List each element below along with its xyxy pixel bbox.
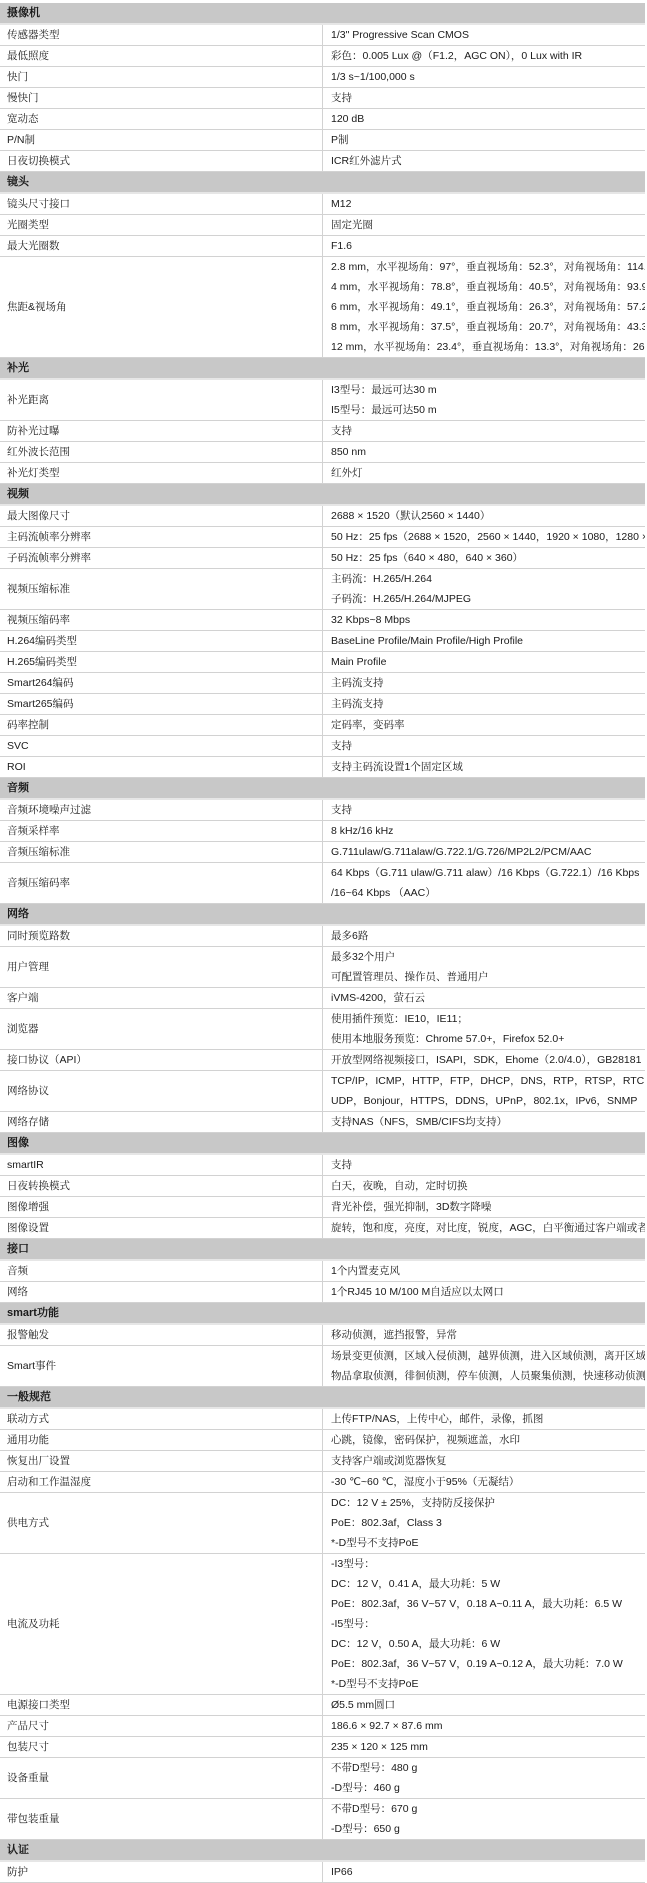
spec-value: 红外灯 [323,463,646,484]
spec-row: H.264编码类型BaseLine Profile/Main Profile/H… [0,631,645,652]
spec-value: 支持 [323,799,646,821]
spec-value-line: 上传FTP/NAS，上传中心，邮件，录像，抓图 [331,1409,645,1429]
spec-value-line: 1/3" Progressive Scan CMOS [331,25,645,45]
spec-row: 包装尺寸235 × 120 × 125 mm [0,1737,645,1758]
spec-row: 网络1个RJ45 10 M/100 M自适应以太网口 [0,1282,645,1303]
spec-value-line: /16~64 Kbps （AAC） [331,883,645,903]
spec-value-line: 开放型网络视频接口，ISAPI，SDK，Ehome（2.0/4.0），GB281… [331,1050,645,1070]
spec-value: 支持主码流设置1个固定区域 [323,757,646,778]
spec-row: 日夜转换模式白天，夜晚，自动，定时切换 [0,1176,645,1197]
spec-value-line: 1个RJ45 10 M/100 M自适应以太网口 [331,1282,645,1302]
spec-value-line: Ø5.5 mm圆口 [331,1695,645,1715]
section-header: 一般规范 [0,1387,645,1409]
section-title: 视频 [0,484,645,506]
spec-value: 2688 × 1520（默认2560 × 1440） [323,505,646,527]
spec-label: 启动和工作温湿度 [0,1472,323,1493]
spec-value-line: 白天，夜晚，自动，定时切换 [331,1176,645,1196]
section-header: 摄像机 [0,3,645,24]
spec-label: 产品尺寸 [0,1716,323,1737]
spec-row: 主码流帧率分辨率50 Hz：25 fps（2688 × 1520，2560 × … [0,527,645,548]
spec-row: 网络协议TCP/IP，ICMP，HTTP，FTP，DHCP，DNS，RTP，RT… [0,1071,645,1112]
spec-row: 图像增强背光补偿，强光抑制，3D数字降噪 [0,1197,645,1218]
spec-value-line: G.711ulaw/G.711alaw/G.722.1/G.726/MP2L2/… [331,842,645,862]
spec-row: 联动方式上传FTP/NAS，上传中心，邮件，录像，抓图 [0,1408,645,1430]
spec-value: 固定光圈 [323,215,646,236]
spec-value-line: 2688 × 1520（默认2560 × 1440） [331,506,645,526]
spec-label: 音频 [0,1260,323,1282]
spec-value: 不带D型号：480 g-D型号：460 g [323,1758,646,1799]
spec-label: SVC [0,736,323,757]
spec-value: 850 nm [323,442,646,463]
spec-value-line: 子码流：H.265/H.264/MJPEG [331,589,645,609]
spec-row: 快门1/3 s~1/100,000 s [0,67,645,88]
spec-row: 最大图像尺寸2688 × 1520（默认2560 × 1440） [0,505,645,527]
section-title: 图像 [0,1133,645,1155]
spec-row: 子码流帧率分辨率50 Hz：25 fps（640 × 480，640 × 360… [0,548,645,569]
spec-value: -30 ℃~60 ℃，湿度小于95%（无凝结） [323,1472,646,1493]
spec-value: DC：12 V ± 25%，支持防反接保护PoE：802.3af，Class 3… [323,1493,646,1554]
spec-value: Main Profile [323,652,646,673]
spec-value-line: 物品拿取侦测，徘徊侦测，停车侦测，人员聚集侦测，快速移动侦测 [331,1366,645,1386]
spec-value-line: 不带D型号：670 g [331,1799,645,1819]
spec-value-line: DC：12 V，0.50 A，最大功耗：6 W [331,1634,645,1654]
section-title: 补光 [0,358,645,380]
spec-value-line: PoE：802.3af，36 V~57 V，0.19 A~0.12 A，最大功耗… [331,1654,645,1674]
spec-row: 电流及功耗-I3型号：DC：12 V，0.41 A，最大功耗：5 WPoE：80… [0,1554,645,1695]
spec-row: 电源接口类型Ø5.5 mm圆口 [0,1695,645,1716]
spec-value-line: DC：12 V ± 25%，支持防反接保护 [331,1493,645,1513]
section-header: 认证 [0,1840,645,1845]
spec-value-line: *-D型号不支持PoE [331,1533,645,1553]
spec-value-line: 186.6 × 92.7 × 87.6 mm [331,1716,645,1736]
section-header: 图像 [0,1133,645,1155]
spec-value-line: Main Profile [331,652,645,672]
spec-label: 最低照度 [0,46,323,67]
spec-value-line: I5型号：最远可达50 m [331,400,645,420]
spec-value-line: 2.8 mm，水平视场角：97°，垂直视场角：52.3°，对角视场角：114.3… [331,257,645,277]
spec-label: 通用功能 [0,1430,323,1451]
spec-value: 64 Kbps（G.711 ulaw/G.711 alaw）/16 Kbps（G… [323,863,646,904]
spec-row: 音频采样率8 kHz/16 kHz [0,821,645,842]
section-header: 音频 [0,778,645,800]
spec-label: 宽动态 [0,109,323,130]
spec-value: 主码流：H.265/H.264子码流：H.265/H.264/MJPEG [323,569,646,610]
spec-value: G.711ulaw/G.711alaw/G.722.1/G.726/MP2L2/… [323,842,646,863]
spec-label: 电流及功耗 [0,1554,323,1695]
spec-value-line: 旋转，饱和度，亮度，对比度，锐度，AGC，白平衡通过客户端或者浏览器可调 [331,1218,645,1238]
spec-row: 红外波长范围850 nm [0,442,645,463]
spec-label: Smart265编码 [0,694,323,715]
spec-value-line: 支持 [331,1155,645,1175]
spec-row: smartIR支持 [0,1154,645,1176]
spec-value-line: -I5型号： [331,1614,645,1634]
spec-row: P/N制P制 [0,130,645,151]
spec-row: 设备重量不带D型号：480 g-D型号：460 g [0,1758,645,1799]
spec-row: 接口协议（API）开放型网络视频接口，ISAPI，SDK，Ehome（2.0/4… [0,1050,645,1071]
section-title: 镜头 [0,172,645,194]
spec-label: 视频压缩码率 [0,610,323,631]
spec-value: 背光补偿，强光抑制，3D数字降噪 [323,1197,646,1218]
spec-row: 最低照度彩色：0.005 Lux @（F1.2，AGC ON），0 Lux wi… [0,46,645,67]
spec-row: 慢快门支持 [0,88,645,109]
spec-value-line: 主码流支持 [331,673,645,693]
spec-row: 补光距离I3型号：最远可达30 mI5型号：最远可达50 m [0,379,645,421]
spec-row: 镜头尺寸接口M12 [0,193,645,215]
spec-table-body: 摄像机传感器类型1/3" Progressive Scan CMOS最低照度彩色… [0,3,645,1844]
spec-row: 客户端iVMS-4200，萤石云 [0,988,645,1009]
spec-value-line: 支持NAS（NFS，SMB/CIFS均支持） [331,1112,645,1132]
spec-label: 音频采样率 [0,821,323,842]
spec-row: 供电方式DC：12 V ± 25%，支持防反接保护PoE：802.3af，Cla… [0,1493,645,1554]
spec-value-line: 移动侦测，遮挡报警，异常 [331,1325,645,1345]
spec-label: 最大光圈数 [0,236,323,257]
spec-row: Smart264编码主码流支持 [0,673,645,694]
spec-label: 慢快门 [0,88,323,109]
spec-value-line: M12 [331,194,645,214]
spec-label: 音频环境噪声过滤 [0,799,323,821]
spec-label: 日夜切换模式 [0,151,323,172]
spec-label: Smart264编码 [0,673,323,694]
spec-label: ROI [0,757,323,778]
spec-value: 彩色：0.005 Lux @（F1.2，AGC ON），0 Lux with I… [323,46,646,67]
spec-label: 主码流帧率分辨率 [0,527,323,548]
spec-label: 浏览器 [0,1009,323,1050]
spec-label: 图像增强 [0,1197,323,1218]
spec-label: 用户管理 [0,947,323,988]
spec-value-line: 1/3 s~1/100,000 s [331,67,645,87]
spec-value: 开放型网络视频接口，ISAPI，SDK，Ehome（2.0/4.0），GB281… [323,1050,646,1071]
spec-value: 1/3" Progressive Scan CMOS [323,24,646,46]
spec-row: 音频压缩码率64 Kbps（G.711 ulaw/G.711 alaw）/16 … [0,863,645,904]
spec-value-line: 支持客户端或浏览器恢复 [331,1451,645,1471]
spec-value: iVMS-4200，萤石云 [323,988,646,1009]
spec-label: Smart事件 [0,1346,323,1387]
spec-value-line: BaseLine Profile/Main Profile/High Profi… [331,631,645,651]
spec-row: 音频压缩标准G.711ulaw/G.711alaw/G.722.1/G.726/… [0,842,645,863]
spec-value-line: 64 Kbps（G.711 ulaw/G.711 alaw）/16 Kbps（G… [331,863,645,883]
spec-label: P/N制 [0,130,323,151]
spec-value: 50 Hz：25 fps（640 × 480，640 × 360） [323,548,646,569]
section-title: 音频 [0,778,645,800]
section-title: 接口 [0,1239,645,1261]
spec-value: 支持NAS（NFS，SMB/CIFS均支持） [323,1112,646,1133]
spec-label: 光圈类型 [0,215,323,236]
spec-value-line: 主码流支持 [331,694,645,714]
spec-label: 视频压缩标准 [0,569,323,610]
spec-value: TCP/IP，ICMP，HTTP，FTP，DHCP，DNS，RTP，RTSP，R… [323,1071,646,1112]
spec-row: 通用功能心跳，镜像，密码保护，视频遮盖，水印 [0,1430,645,1451]
spec-label: 焦距&视场角 [0,257,323,358]
spec-value-line: 场景变更侦测，区域入侵侦测，越界侦测，进入区域侦测，离开区域侦测，物品遗留侦测， [331,1346,645,1366]
spec-value: 心跳，镜像，密码保护，视频遮盖，水印 [323,1430,646,1451]
spec-label: 子码流帧率分辨率 [0,548,323,569]
spec-label: 包装尺寸 [0,1737,323,1758]
spec-value-line: -I3型号： [331,1554,645,1574]
spec-row: 恢复出厂设置支持客户端或浏览器恢复 [0,1451,645,1472]
spec-value-line: 主码流：H.265/H.264 [331,569,645,589]
spec-value: 场景变更侦测，区域入侵侦测，越界侦测，进入区域侦测，离开区域侦测，物品遗留侦测，… [323,1346,646,1387]
spec-value-line: 最多6路 [331,926,645,946]
spec-row: H.265编码类型Main Profile [0,652,645,673]
spec-row: 最大光圈数F1.6 [0,236,645,257]
section-title: 网络 [0,904,645,926]
spec-value-line: ICR红外滤片式 [331,151,645,171]
section-header: 镜头 [0,172,645,194]
spec-label: 接口协议（API） [0,1050,323,1071]
spec-value-line: 支持 [331,800,645,820]
spec-row: 宽动态120 dB [0,109,645,130]
spec-value-line: 使用插件预览：IE10，IE11； [331,1009,645,1029]
spec-label: 快门 [0,67,323,88]
spec-value-line: 不带D型号：480 g [331,1758,645,1778]
spec-value: ICR红外滤片式 [323,151,646,172]
spec-label: smartIR [0,1154,323,1176]
spec-value-line: PoE：802.3af，Class 3 [331,1513,645,1533]
spec-value: M12 [323,193,646,215]
spec-label: 网络协议 [0,1071,323,1112]
spec-row: 焦距&视场角2.8 mm，水平视场角：97°，垂直视场角：52.3°，对角视场角… [0,257,645,358]
spec-value: 旋转，饱和度，亮度，对比度，锐度，AGC，白平衡通过客户端或者浏览器可调 [323,1218,646,1239]
spec-label: H.264编码类型 [0,631,323,652]
section-header: 接口 [0,1239,645,1261]
spec-value-line: 彩色：0.005 Lux @（F1.2，AGC ON），0 Lux with I… [331,46,645,66]
spec-value-line: 最多32个用户 [331,947,645,967]
spec-row: 图像设置旋转，饱和度，亮度，对比度，锐度，AGC，白平衡通过客户端或者浏览器可调 [0,1218,645,1239]
spec-row: 视频压缩标准主码流：H.265/H.264子码流：H.265/H.264/MJP… [0,569,645,610]
spec-value: 支持 [323,1154,646,1176]
spec-value-line: P制 [331,130,645,150]
spec-value: Ø5.5 mm圆口 [323,1695,646,1716]
spec-value: 186.6 × 92.7 × 87.6 mm [323,1716,646,1737]
spec-label: 带包装重量 [0,1799,323,1840]
spec-table: 摄像机传感器类型1/3" Progressive Scan CMOS最低照度彩色… [0,3,645,1844]
spec-value-line: 支持主码流设置1个固定区域 [331,757,645,777]
spec-row: 启动和工作温湿度-30 ℃~60 ℃，湿度小于95%（无凝结） [0,1472,645,1493]
spec-value: 支持 [323,88,646,109]
spec-label: 红外波长范围 [0,442,323,463]
spec-value: 主码流支持 [323,694,646,715]
spec-value-line: 32 Kbps~8 Mbps [331,610,645,630]
spec-value: I3型号：最远可达30 mI5型号：最远可达50 m [323,379,646,421]
spec-row: 产品尺寸186.6 × 92.7 × 87.6 mm [0,1716,645,1737]
spec-row: 浏览器使用插件预览：IE10，IE11；使用本地服务预览：Chrome 57.0… [0,1009,645,1050]
spec-label: 传感器类型 [0,24,323,46]
section-title: 认证 [0,1840,645,1845]
spec-value: BaseLine Profile/Main Profile/High Profi… [323,631,646,652]
spec-row: 带包装重量不带D型号：670 g-D型号：650 g [0,1799,645,1840]
spec-value: 上传FTP/NAS，上传中心，邮件，录像，抓图 [323,1408,646,1430]
spec-label: 日夜转换模式 [0,1176,323,1197]
spec-value-line: F1.6 [331,236,645,256]
spec-label: 客户端 [0,988,323,1009]
section-header: smart功能 [0,1303,645,1325]
spec-row: 防补光过曝支持 [0,421,645,442]
spec-value: 支持客户端或浏览器恢复 [323,1451,646,1472]
spec-label: 同时预览路数 [0,925,323,947]
spec-label: 报警触发 [0,1324,323,1346]
spec-value-line: TCP/IP，ICMP，HTTP，FTP，DHCP，DNS，RTP，RTSP，R… [331,1071,645,1091]
spec-label: 网络存储 [0,1112,323,1133]
spec-value-line: -D型号：650 g [331,1819,645,1839]
spec-value: 最多32个用户可配置管理员、操作员、普通用户 [323,947,646,988]
spec-label: 镜头尺寸接口 [0,193,323,215]
spec-label: 图像设置 [0,1218,323,1239]
spec-label: 音频压缩标准 [0,842,323,863]
spec-value-line: 使用本地服务预览：Chrome 57.0+，Firefox 52.0+ [331,1029,645,1049]
spec-value-line: 心跳，镜像，密码保护，视频遮盖，水印 [331,1430,645,1450]
spec-value-line: I3型号：最远可达30 m [331,380,645,400]
spec-value: 支持 [323,421,646,442]
spec-value: 最多6路 [323,925,646,947]
spec-value: 2.8 mm，水平视场角：97°，垂直视场角：52.3°，对角视场角：114.3… [323,257,646,358]
spec-value: 使用插件预览：IE10，IE11；使用本地服务预览：Chrome 57.0+，F… [323,1009,646,1050]
spec-value: 主码流支持 [323,673,646,694]
spec-row: 报警触发移动侦测，遮挡报警，异常 [0,1324,645,1346]
spec-row: 传感器类型1/3" Progressive Scan CMOS [0,24,645,46]
spec-value-line: 6 mm，水平视场角：49.1°，垂直视场角：26.3°，对角视场角：57.2° [331,297,645,317]
spec-value-line: *-D型号不支持PoE [331,1674,645,1694]
section-header: 网络 [0,904,645,926]
spec-value-line: 850 nm [331,442,645,462]
spec-row: 用户管理最多32个用户可配置管理员、操作员、普通用户 [0,947,645,988]
section-title: 一般规范 [0,1387,645,1409]
spec-value-line: 120 dB [331,109,645,129]
spec-value-line: 支持 [331,421,645,441]
spec-value-line: 可配置管理员、操作员、普通用户 [331,967,645,987]
spec-row: 光圈类型固定光圈 [0,215,645,236]
spec-value-line: 固定光圈 [331,215,645,235]
spec-value: F1.6 [323,236,646,257]
spec-value: P制 [323,130,646,151]
spec-value-line: -30 ℃~60 ℃，湿度小于95%（无凝结） [331,1472,645,1492]
spec-value-line: 定码率，变码率 [331,715,645,735]
spec-value: 支持 [323,736,646,757]
spec-row: SVC支持 [0,736,645,757]
spec-value: 定码率，变码率 [323,715,646,736]
spec-row: 音频环境噪声过滤支持 [0,799,645,821]
spec-row: 同时预览路数最多6路 [0,925,645,947]
spec-label: 码率控制 [0,715,323,736]
section-header: 视频 [0,484,645,506]
spec-value-line: 支持 [331,736,645,756]
spec-label: 设备重量 [0,1758,323,1799]
spec-value: 移动侦测，遮挡报警，异常 [323,1324,646,1346]
spec-value-line: iVMS-4200，萤石云 [331,988,645,1008]
section-header: 补光 [0,358,645,380]
spec-value-line: 8 mm，水平视场角：37.5°，垂直视场角：20.7°，对角视场角：43.3° [331,317,645,337]
spec-value: 50 Hz：25 fps（2688 × 1520，2560 × 1440，192… [323,527,646,548]
spec-value-line: 背光补偿，强光抑制，3D数字降噪 [331,1197,645,1217]
spec-value-line: 8 kHz/16 kHz [331,821,645,841]
spec-value-line: 4 mm，水平视场角：78.8°，垂直视场角：40.5°，对角视场角：93.9° [331,277,645,297]
spec-row: 音频1个内置麦克风 [0,1260,645,1282]
spec-value-line: 红外灯 [331,463,645,483]
spec-value: 120 dB [323,109,646,130]
spec-row: 码率控制定码率，变码率 [0,715,645,736]
spec-value: 32 Kbps~8 Mbps [323,610,646,631]
spec-row: 补光灯类型红外灯 [0,463,645,484]
spec-value: 8 kHz/16 kHz [323,821,646,842]
spec-value: 不带D型号：670 g-D型号：650 g [323,1799,646,1840]
spec-value-line: 1个内置麦克风 [331,1261,645,1281]
spec-value: 白天，夜晚，自动，定时切换 [323,1176,646,1197]
spec-label: 供电方式 [0,1493,323,1554]
spec-row: 日夜切换模式ICR红外滤片式 [0,151,645,172]
spec-label: 防补光过曝 [0,421,323,442]
spec-row: 视频压缩码率32 Kbps~8 Mbps [0,610,645,631]
spec-label: 补光灯类型 [0,463,323,484]
spec-value-line: 50 Hz：25 fps（2688 × 1520，2560 × 1440，192… [331,527,645,547]
spec-value-line: 235 × 120 × 125 mm [331,1737,645,1757]
spec-label: 联动方式 [0,1408,323,1430]
spec-label: H.265编码类型 [0,652,323,673]
spec-row: ROI支持主码流设置1个固定区域 [0,757,645,778]
spec-label: 音频压缩码率 [0,863,323,904]
spec-row: 网络存储支持NAS（NFS，SMB/CIFS均支持） [0,1112,645,1133]
spec-label: 补光距离 [0,379,323,421]
spec-value-line: PoE：802.3af，36 V~57 V，0.18 A~0.11 A，最大功耗… [331,1594,645,1614]
spec-value: 1个RJ45 10 M/100 M自适应以太网口 [323,1282,646,1303]
spec-value-line: DC：12 V，0.41 A，最大功耗：5 W [331,1574,645,1594]
spec-label: 最大图像尺寸 [0,505,323,527]
spec-value-line: 50 Hz：25 fps（640 × 480，640 × 360） [331,548,645,568]
spec-value-line: 支持 [331,88,645,108]
spec-label: 恢复出厂设置 [0,1451,323,1472]
section-title: 摄像机 [0,3,645,24]
spec-row: Smart事件场景变更侦测，区域入侵侦测，越界侦测，进入区域侦测，离开区域侦测，… [0,1346,645,1387]
section-title: smart功能 [0,1303,645,1325]
spec-row: Smart265编码主码流支持 [0,694,645,715]
spec-value: 235 × 120 × 125 mm [323,1737,646,1758]
spec-value: -I3型号：DC：12 V，0.41 A，最大功耗：5 WPoE：802.3af… [323,1554,646,1695]
spec-value: 1/3 s~1/100,000 s [323,67,646,88]
spec-label: 电源接口类型 [0,1695,323,1716]
spec-value-line: 12 mm，水平视场角：23.4°，垂直视场角：13.3°，对角视场角：26.8… [331,337,645,357]
spec-value: 1个内置麦克风 [323,1260,646,1282]
spec-value-line: -D型号：460 g [331,1778,645,1798]
spec-label: 网络 [0,1282,323,1303]
spec-value-line: UDP，Bonjour，HTTPS，DDNS，UPnP，802.1x，IPv6，… [331,1091,645,1111]
